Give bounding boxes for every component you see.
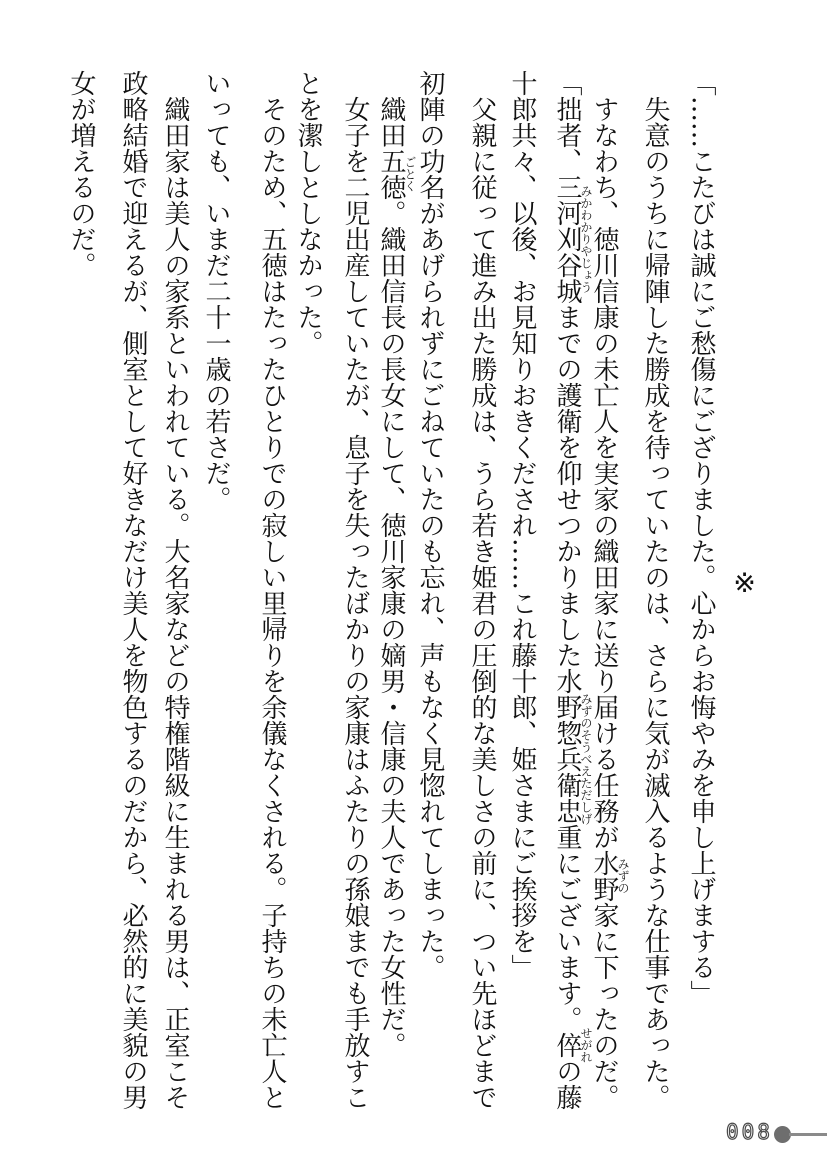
text-line: 父親に従って進み出た勝成は、うら若き姫君の圧倒的な美しさの前に、つい先ほどまで bbox=[469, 70, 495, 1116]
text-line: 織田五徳ごとく。織田信長の長女にして、徳川家康の嫡男・信康の夫人であった女性だ。 bbox=[378, 70, 416, 1116]
footer-rule-line bbox=[789, 1133, 827, 1136]
page-number: 008 bbox=[726, 1120, 773, 1144]
text-line: 「……こたびは誠にご愁傷にござりました。心からお悔やみを申し上げまする」 bbox=[688, 70, 714, 1116]
text-line: 十郎共々、以後、お見知りおきくだされ……これ藤十郎、姫さまにご挨拶を」 bbox=[509, 70, 535, 1116]
text-line: 「拙者、三河刈谷城みかわかりやじょうまでの護衛を仰せつかりました水野惣兵衛忠重み… bbox=[554, 70, 592, 1116]
text-line: 初陣の功名があげられずにごねていたのも忘れ、声もなく見惚れてしまった。 bbox=[417, 70, 443, 1116]
text-line: 女が増えるのだ。 bbox=[68, 70, 94, 1116]
book-page: ※ 「……こたびは誠にご愁傷にござりました。心からお悔やみを申し上げまする」 失… bbox=[0, 0, 827, 1166]
text-line: いっても、いまだ二十一歳の若さだ。 bbox=[203, 70, 229, 1116]
text-block: ※ 「……こたびは誠にご愁傷にござりました。心からお悔やみを申し上げまする」 失… bbox=[0, 0, 827, 1166]
ruby-annotated-text: 水野惣兵衛忠重みずのそうべえただしげ bbox=[552, 668, 582, 850]
ruby-annotated-text: 水野みずの bbox=[589, 850, 619, 902]
text-line: 失意のうちに帰陣した勝成を待っていたのは、さらに気が滅入るような仕事であった。 bbox=[642, 70, 668, 1116]
section-divider-mark: ※ bbox=[729, 568, 760, 599]
text-line: 織田家は美人の家系といわれている。大名家などの特権階級に生まれる男は、正室こそ bbox=[162, 70, 188, 1116]
text-line: 女子を二児出産していたが、息子を失ったばかりの家康はふたりの孫娘までも手放すこ bbox=[342, 70, 368, 1116]
ruby-annotated-text: 倅せがれ bbox=[552, 1032, 582, 1058]
page-footer: 008 bbox=[0, 1110, 827, 1160]
text-line: 政略結婚で迎えるが、側室として好きなだけ美人を物色するのだから、必然的に美貌の男 bbox=[120, 70, 146, 1116]
ruby-annotated-text: 三河刈谷城みかわかりやじょう bbox=[552, 174, 582, 304]
ruby-annotated-text: 五徳ごとく bbox=[376, 148, 406, 200]
text-line: そのため、五徳はたったひとりでの寂しい里帰りを余儀なくされる。子持ちの未亡人と bbox=[259, 70, 285, 1116]
text-line: とを潔しとしなかった。 bbox=[295, 70, 321, 1116]
text-line: すなわち、徳川信康の未亡人を実家の織田家に送り届ける任務が水野みずの家に下ったの… bbox=[591, 70, 629, 1116]
